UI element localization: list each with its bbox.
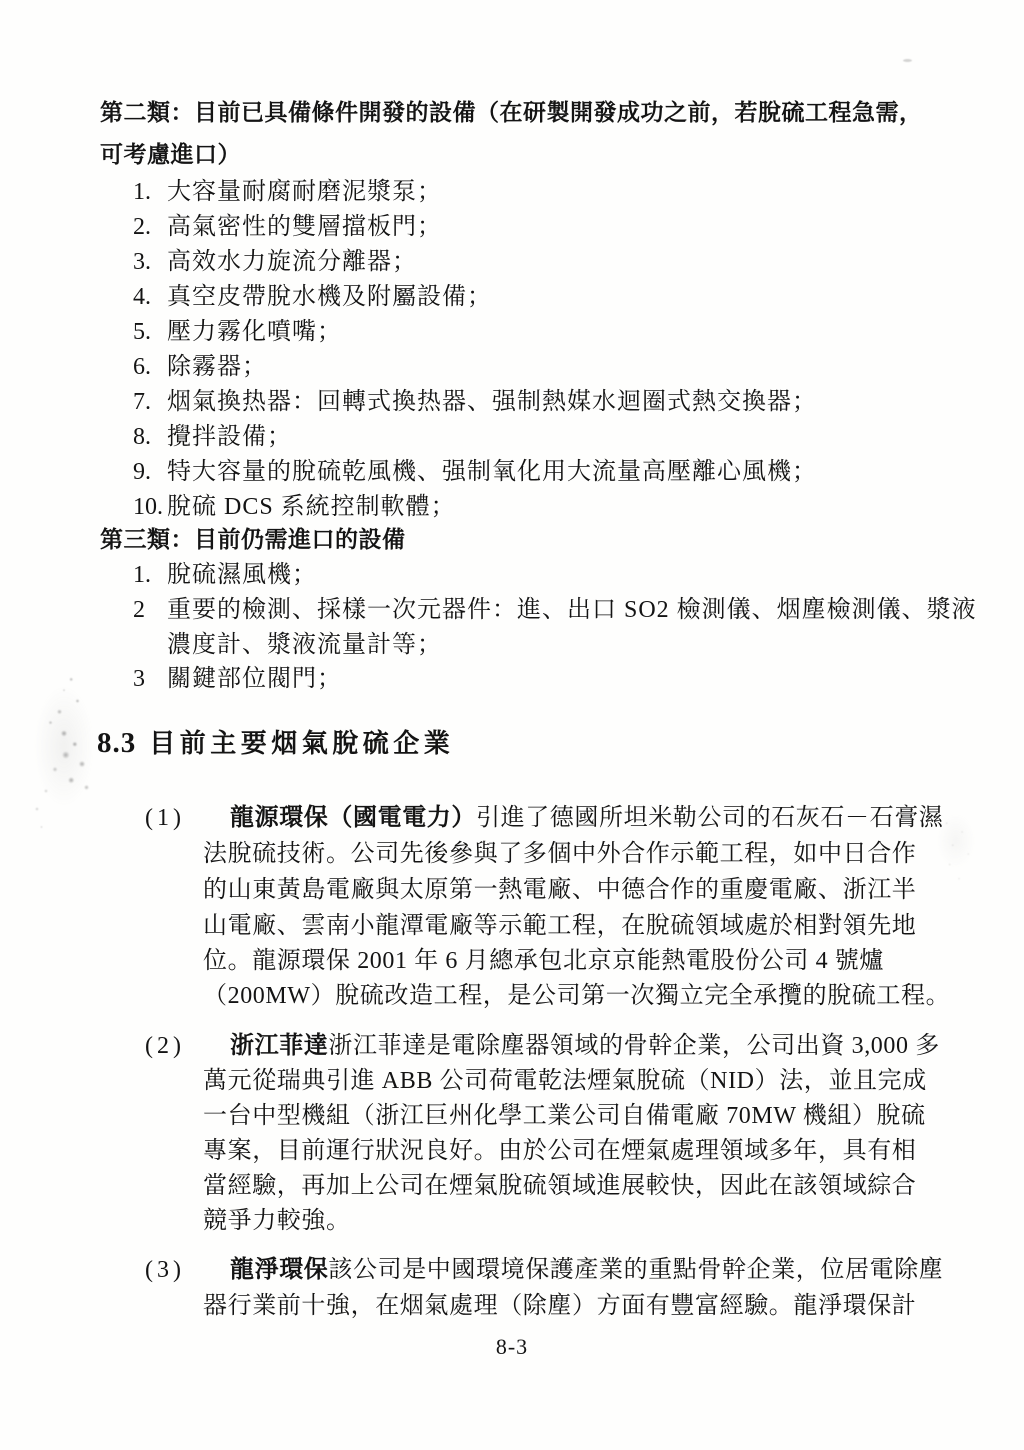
paragraph-text: 引進了德國所坦米勒公司的石灰石－石膏濕 (476, 805, 943, 831)
scanned-document-page: 第二類：目前已具備條件開發的設備（在研製開發成功之前，若脫硫工程急需， 可考慮進… (0, 0, 1024, 1450)
list-item-text: 關鍵部位閥門； (167, 666, 342, 692)
paragraph-3-line: 器行業前十強，在烟氣處理（除塵）方面有豐富經驗。龍淨環保計 (203, 1292, 916, 1321)
list-item-text: 大容量耐腐耐磨泥漿泵； (167, 179, 442, 205)
company-name-bold: 龍淨環保 (230, 1257, 328, 1283)
class3-list-item-continuation: 濃度計、漿液流量計等； (167, 631, 442, 660)
list-item-text: 重要的檢測、採樣一次元器件：進、出口 SO2 檢測儀、烟塵檢測儀、漿液 (167, 597, 977, 623)
list-item-text: 烟氣換热器：回轉式換热器、强制熱媒水迴圈式熱交換器； (167, 389, 817, 415)
class3-heading: 第三類：目前仍需進口的設備 (100, 526, 406, 554)
paragraph-2-line: 浙江菲達浙江菲達是電除塵器領域的骨幹企業，公司出資 3,000 多 (230, 1032, 940, 1061)
list-item-number: 5. (133, 318, 167, 347)
class2-list-item: 4.真空皮帶脫水機及附屬設備； (133, 283, 492, 312)
list-item-text: 脫硫濕風機； (167, 562, 317, 588)
list-item-number: 8. (133, 423, 167, 452)
list-item-text: 濃度計、漿液流量計等； (167, 632, 442, 658)
margin-smudge (10, 665, 100, 845)
class2-list-item: 6.除霧器； (133, 353, 267, 382)
section-number: 8.3 (97, 727, 136, 759)
list-item-number: 2 (133, 596, 167, 625)
page-number: 8-3 (0, 1334, 1024, 1360)
class3-list-item: 2重要的檢測、採樣一次元器件：進、出口 SO2 檢測儀、烟塵檢測儀、漿液 (133, 596, 977, 625)
class2-heading-line1: 第二類：目前已具備條件開發的設備（在研製開發成功之前，若脫硫工程急需， (100, 99, 923, 127)
class2-list-item: 5.壓力霧化噴嘴； (133, 318, 342, 347)
list-item-number: 3 (133, 665, 167, 694)
paragraph-2-line: 當經驗，再加上公司在煙氣脫硫領域進展較快，因此在該領域綜合 (203, 1172, 916, 1201)
list-item-number: 3. (133, 248, 167, 277)
list-item-number: 2. (133, 213, 167, 242)
list-item-number: 9. (133, 458, 167, 487)
paragraph-1-line: 的山東黃島電廠與太原第一熱電廠、中德合作的重慶電廠、浙江半 (203, 876, 916, 905)
paragraph-3-line: 龍淨環保該公司是中國環境保護產業的重點骨幹企業，位居電除塵 (230, 1256, 943, 1285)
company-name-bold: 浙江菲達 (230, 1033, 328, 1059)
paragraph-2-label: (2) (145, 1032, 185, 1061)
paragraph-2-line: 競爭力較強。 (203, 1207, 351, 1236)
list-item-number: 7. (133, 388, 167, 417)
class2-list-item: 2.高氣密性的雙層擋板門； (133, 213, 442, 242)
list-item-text: 攪拌設備； (167, 424, 292, 450)
paragraph-1-line: 法脫硫技術。公司先後參與了多個中外合作示範工程，如中日合作 (203, 840, 916, 869)
company-name-bold: 龍源環保（國電電力） (230, 805, 476, 831)
paragraph-text: 浙江菲達是電除塵器領域的骨幹企業，公司出資 3,000 多 (328, 1033, 939, 1059)
list-item-text: 壓力霧化噴嘴； (167, 319, 342, 345)
list-item-number: 1. (133, 561, 167, 590)
section-title: 目前主要烟氣脫硫企業 (149, 729, 454, 758)
class3-list-item: 3關鍵部位閥門； (133, 665, 342, 694)
paragraph-2-line: 萬元從瑞典引進 ABB 公司荷電乾法煙氣脫硫（NID）法，並且完成 (203, 1067, 927, 1096)
scan-mark-top-right (903, 59, 912, 62)
class2-list-item: 7.烟氣換热器：回轉式換热器、强制熱媒水迴圈式熱交換器； (133, 388, 817, 417)
class2-list-item: 1.大容量耐腐耐磨泥漿泵； (133, 178, 442, 207)
paragraph-1-line: （200MW）脫硫改造工程，是公司第一次獨立完全承攬的脫硫工程。 (203, 982, 950, 1011)
paragraph-2-line: 專案，目前運行狀況良好。由於公司在煙氣處理領域多年，具有相 (203, 1137, 916, 1166)
class2-list-item: 10.脫硫 DCS 系統控制軟體； (133, 493, 456, 522)
class2-heading-line2: 可考慮進口） (100, 141, 241, 169)
paragraph-1-line: 位。龍源環保 2001 年 6 月總承包北京京能熱電股份公司 4 號爐 (203, 947, 884, 976)
list-item-text: 高氣密性的雙層擋板門； (167, 214, 442, 240)
list-item-text: 真空皮帶脫水機及附屬設備； (167, 284, 492, 310)
list-item-text: 脫硫 DCS 系統控制軟體； (167, 494, 456, 520)
list-item-number: 10. (133, 493, 167, 522)
class2-list-item: 9.特大容量的脫硫乾風機、强制氧化用大流量高壓離心風機； (133, 458, 817, 487)
paragraph-1-line: 山電廠、雲南小龍潭電廠等示範工程，在脫硫領域處於相對領先地 (203, 912, 916, 941)
list-item-text: 除霧器； (167, 354, 267, 380)
section-heading: 8.3目前主要烟氣脫硫企業 (97, 726, 454, 761)
paragraph-1-line: 龍源環保（國電電力）引進了德國所坦米勒公司的石灰石－石膏濕 (230, 804, 943, 833)
list-item-text: 特大容量的脫硫乾風機、强制氧化用大流量高壓離心風機； (167, 459, 817, 485)
paragraph-text: 該公司是中國環境保護產業的重點骨幹企業，位居電除塵 (328, 1257, 943, 1283)
paragraph-3-label: (3) (145, 1256, 185, 1285)
list-item-number: 1. (133, 178, 167, 207)
class2-list-item: 3.高效水力旋流分離器； (133, 248, 417, 277)
class3-list-item: 1.脫硫濕風機； (133, 561, 317, 590)
list-item-text: 高效水力旋流分離器； (167, 249, 417, 275)
paragraph-2-line: 一台中型機組（浙江巨州化學工業公司自備電廠 70MW 機組）脫硫 (203, 1102, 926, 1131)
paragraph-1-label: (1) (145, 804, 185, 833)
class2-list-item: 8.攪拌設備； (133, 423, 292, 452)
list-item-number: 4. (133, 283, 167, 312)
list-item-number: 6. (133, 353, 167, 382)
